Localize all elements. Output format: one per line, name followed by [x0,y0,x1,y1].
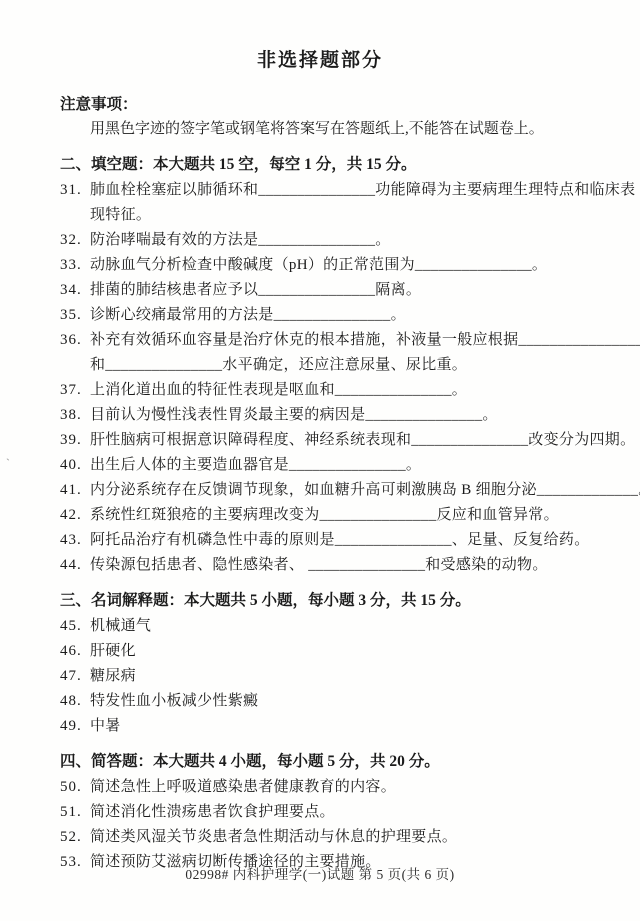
question-line: 补充有效循环血容量是治疗休克的根本措施，补液量一般应根据____________… [90,328,640,353]
question-line: 目前认为慢性浅表性胃炎最主要的病因是_______________。 [90,403,614,428]
question-text: 肝性脑病可根据意识障碍程度、神经系统表现和_______________改变分为… [90,428,635,453]
question-item: 38.目前认为慢性浅表性胃炎最主要的病因是_______________。 [60,403,614,428]
question-line: 上消化道出血的特征性表现是呕血和_______________。 [90,378,614,403]
question-number: 37. [60,378,90,403]
question-number: 40. [60,453,90,478]
question-item: 39.肝性脑病可根据意识障碍程度、神经系统表现和_______________改… [60,428,614,453]
sections-container: 二、填空题：本大题共 15 空，每空 1 分，共 15 分。31.肺血栓栓塞症以… [60,151,614,875]
question-line: 动脉血气分析检查中酸碱度（pH）的正常范围为_______________。 [90,253,614,278]
question-number: 36. [60,328,90,353]
question-line: 传染源包括患者、隐性感染者、 _______________和受感染的动物。 [90,553,614,578]
question-item: 31.肺血栓栓塞症以肺循环和_______________功能障碍为主要病理生理… [60,178,614,228]
question-line: 和_______________水平确定，还应注意尿量、尿比重。 [90,353,640,378]
question-text: 动脉血气分析检查中酸碱度（pH）的正常范围为_______________。 [90,253,614,278]
question-text: 防治哮喘最有效的方法是_______________。 [90,228,614,253]
question-number: 48. [60,689,90,714]
question-text: 特发性血小板减少性紫癜 [90,689,614,714]
exam-page: ` 非选择题部分 注意事项： 用黑色字迹的签字笔或钢笔将答案写在答题纸上,不能答… [0,0,640,921]
scan-artifact-mark: ` [6,456,10,471]
notice-body: 用黑色字迹的签字笔或钢笔将答案写在答题纸上,不能答在试题卷上。 [60,117,614,142]
question-text: 中暑 [90,714,614,739]
question-item: 49.中暑 [60,714,614,739]
notice-heading: 注意事项： [60,92,614,117]
question-item: 45.机械通气 [60,614,614,639]
question-line: 排菌的肺结核患者应予以_______________隔离。 [90,278,614,303]
question-item: 42.系统性红斑狼疮的主要病理改变为_______________反应和血管异常… [60,503,614,528]
question-text: 简述急性上呼吸道感染患者健康教育的内容。 [90,775,614,800]
question-number: 43. [60,528,90,553]
question-text: 内分泌系统存在反馈调节现象，如血糖升高可刺激胰岛 B 细胞分泌_________… [90,478,640,503]
question-item: 50.简述急性上呼吸道感染患者健康教育的内容。 [60,775,614,800]
question-item: 44.传染源包括患者、隐性感染者、 _______________和受感染的动物… [60,553,614,578]
question-line: 诊断心绞痛最常用的方法是_______________。 [90,303,614,328]
question-line: 肝性脑病可根据意识障碍程度、神经系统表现和_______________改变分为… [90,428,635,453]
question-item: 51.简述消化性溃疡患者饮食护理要点。 [60,800,614,825]
question-item: 52.简述类风湿关节炎患者急性期活动与休息的护理要点。 [60,825,614,850]
question-number: 46. [60,639,90,664]
question-number: 49. [60,714,90,739]
question-line: 肺血栓栓塞症以肺循环和_______________功能障碍为主要病理生理特点和… [90,178,635,203]
question-number: 39. [60,428,90,453]
question-item: 35.诊断心绞痛最常用的方法是_______________。 [60,303,614,328]
section: 二、填空题：本大题共 15 空，每空 1 分，共 15 分。31.肺血栓栓塞症以… [60,151,614,578]
section-heading: 三、名词解释题：本大题共 5 小题，每小题 3 分，共 15 分。 [60,587,614,614]
question-text: 肝硬化 [90,639,614,664]
question-item: 47.糖尿病 [60,664,614,689]
question-item: 34.排菌的肺结核患者应予以_______________隔离。 [60,278,614,303]
question-number: 45. [60,614,90,639]
section-heading: 二、填空题：本大题共 15 空，每空 1 分，共 15 分。 [60,151,614,178]
question-item: 48.特发性血小板减少性紫癜 [60,689,614,714]
question-number: 42. [60,503,90,528]
question-number: 44. [60,553,90,578]
question-text: 简述消化性溃疡患者饮食护理要点。 [90,800,614,825]
question-line: 特发性血小板减少性紫癜 [90,689,614,714]
question-text: 上消化道出血的特征性表现是呕血和_______________。 [90,378,614,403]
question-item: 36.补充有效循环血容量是治疗休克的根本措施，补液量一般应根据_________… [60,328,614,378]
question-item: 46.肝硬化 [60,639,614,664]
question-number: 35. [60,303,90,328]
section: 三、名词解释题：本大题共 5 小题，每小题 3 分，共 15 分。45.机械通气… [60,587,614,739]
section: 四、简答题：本大题共 4 小题，每小题 5 分，共 20 分。50.简述急性上呼… [60,748,614,875]
question-item: 33.动脉血气分析检查中酸碱度（pH）的正常范围为_______________… [60,253,614,278]
question-text: 目前认为慢性浅表性胃炎最主要的病因是_______________。 [90,403,614,428]
question-line: 内分泌系统存在反馈调节现象，如血糖升高可刺激胰岛 B 细胞分泌_________… [90,478,640,503]
question-number: 32. [60,228,90,253]
question-text: 传染源包括患者、隐性感染者、 _______________和受感染的动物。 [90,553,614,578]
question-item: 32.防治哮喘最有效的方法是_______________。 [60,228,614,253]
question-line: 防治哮喘最有效的方法是_______________。 [90,228,614,253]
question-number: 31. [60,178,90,203]
question-line: 机械通气 [90,614,614,639]
question-text: 补充有效循环血容量是治疗休克的根本措施，补液量一般应根据____________… [90,328,640,378]
page-footer: 02998# 内科护理学(一)试题 第 5 页(共 6 页) [0,863,640,883]
question-text: 肺血栓栓塞症以肺循环和_______________功能障碍为主要病理生理特点和… [90,178,635,228]
question-line: 中暑 [90,714,614,739]
question-number: 41. [60,478,90,503]
question-text: 机械通气 [90,614,614,639]
question-line: 简述消化性溃疡患者饮食护理要点。 [90,800,614,825]
question-text: 简述类风湿关节炎患者急性期活动与休息的护理要点。 [90,825,614,850]
question-item: 40.出生后人体的主要造血器官是_______________。 [60,453,614,478]
question-number: 34. [60,278,90,303]
notice-block: 注意事项： 用黑色字迹的签字笔或钢笔将答案写在答题纸上,不能答在试题卷上。 [60,92,614,142]
question-item: 41.内分泌系统存在反馈调节现象，如血糖升高可刺激胰岛 B 细胞分泌______… [60,478,614,503]
question-item: 37.上消化道出血的特征性表现是呕血和_______________。 [60,378,614,403]
question-text: 糖尿病 [90,664,614,689]
question-line: 糖尿病 [90,664,614,689]
question-line: 系统性红斑狼疮的主要病理改变为_______________反应和血管异常。 [90,503,614,528]
question-line: 简述类风湿关节炎患者急性期活动与休息的护理要点。 [90,825,614,850]
section-heading: 四、简答题：本大题共 4 小题，每小题 5 分，共 20 分。 [60,748,614,775]
question-text: 出生后人体的主要造血器官是_______________。 [90,453,614,478]
question-text: 阿托品治疗有机磷急性中毒的原则是_______________、足量、反复给药。 [90,528,614,553]
question-line: 简述急性上呼吸道感染患者健康教育的内容。 [90,775,614,800]
question-number: 50. [60,775,90,800]
question-text: 排菌的肺结核患者应予以_______________隔离。 [90,278,614,303]
page-title: 非选择题部分 [60,46,580,76]
question-text: 诊断心绞痛最常用的方法是_______________。 [90,303,614,328]
question-line: 出生后人体的主要造血器官是_______________。 [90,453,614,478]
question-text: 系统性红斑狼疮的主要病理改变为_______________反应和血管异常。 [90,503,614,528]
question-line: 肝硬化 [90,639,614,664]
question-number: 52. [60,825,90,850]
question-number: 51. [60,800,90,825]
question-number: 33. [60,253,90,278]
question-number: 38. [60,403,90,428]
question-item: 43.阿托品治疗有机磷急性中毒的原则是_______________、足量、反复… [60,528,614,553]
question-line: 现特征。 [90,203,635,228]
question-number: 47. [60,664,90,689]
question-line: 阿托品治疗有机磷急性中毒的原则是_______________、足量、反复给药。 [90,528,614,553]
